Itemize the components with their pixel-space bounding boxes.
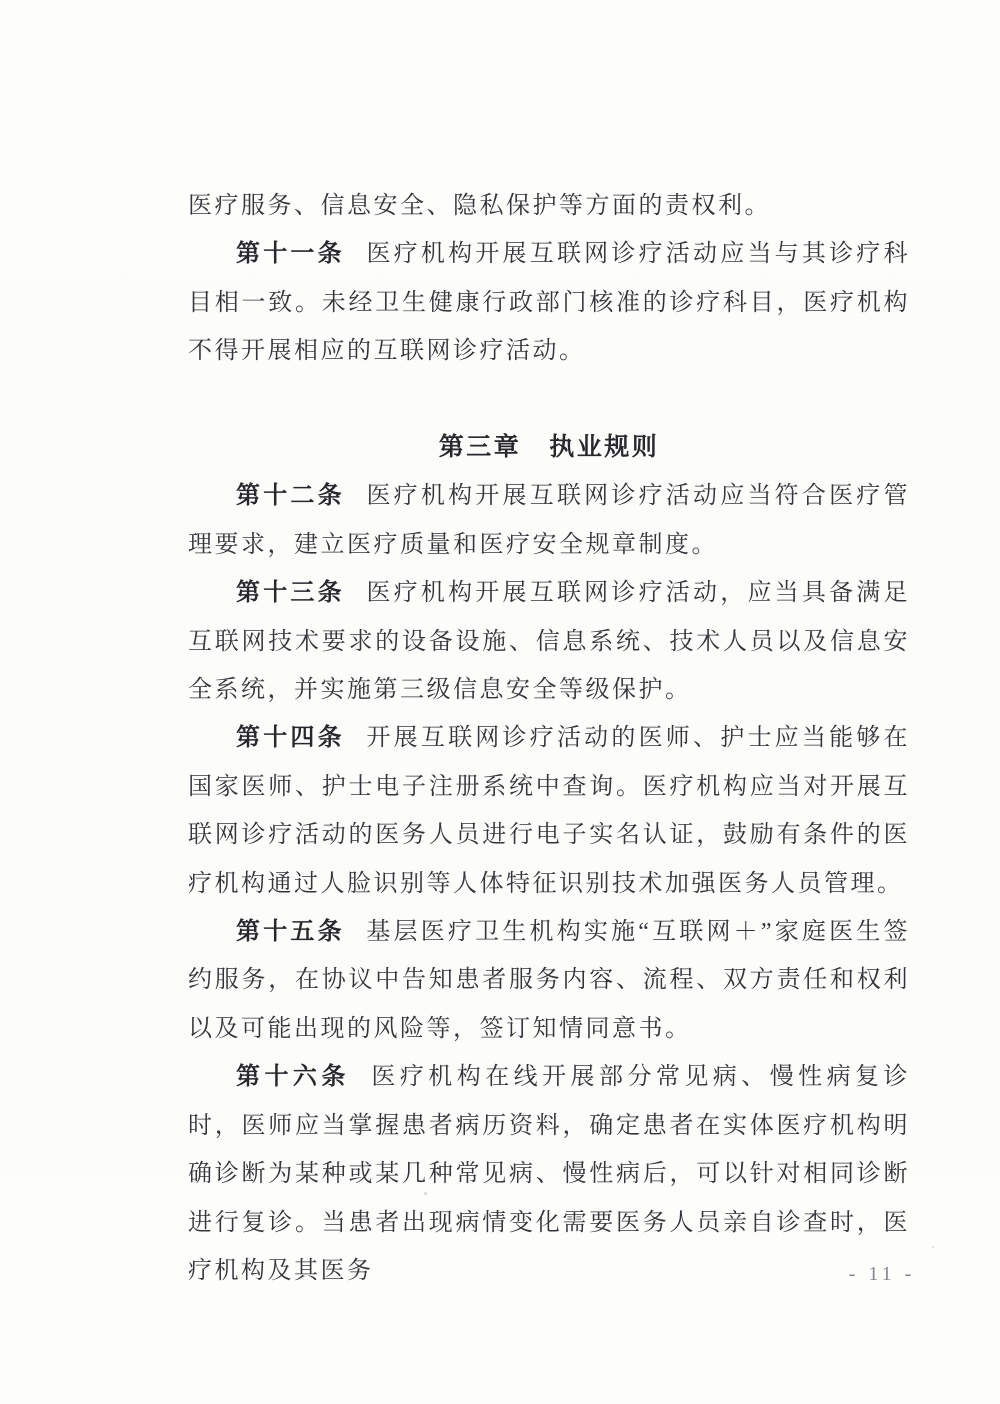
chapter-number: 第三章 [439, 434, 522, 461]
article-16-paragraph: 第十六条医疗机构在线开展部分常见病、慢性病复诊时，医师应当掌握患者病历资料，确定… [188, 1053, 910, 1295]
scanned-document-page: 医疗服务、信息安全、隐私保护等方面的责权利。 第十一条医疗机构开展互联网诊疗活动… [0, 0, 1000, 1404]
article-13-number: 第十三条 [236, 580, 345, 606]
article-16-number: 第十六条 [236, 1064, 350, 1090]
article-11-number: 第十一条 [236, 241, 345, 267]
article-16-text: 医疗机构在线开展部分常见病、慢性病复诊时，医师应当掌握患者病历资料，确定患者在实… [188, 1064, 910, 1284]
page-number: - 11 - [838, 1258, 926, 1290]
article-12-paragraph: 第十二条医疗机构开展互联网诊疗活动应当符合医疗管理要求，建立医疗质量和医疗安全规… [188, 472, 910, 569]
article-12-number: 第十二条 [236, 483, 345, 509]
document-body: 医疗服务、信息安全、隐私保护等方面的责权利。 第十一条医疗机构开展互联网诊疗活动… [188, 182, 910, 1295]
article-13-paragraph: 第十三条医疗机构开展互联网诊疗活动，应当具备满足互联网技术要求的设备设施、信息系… [188, 569, 910, 714]
article-15-paragraph: 第十五条基层医疗卫生机构实施“互联网＋”家庭医生签约服务，在协议中告知患者服务内… [188, 908, 910, 1053]
article-11-paragraph: 第十一条医疗机构开展互联网诊疗活动应当与其诊疗科目相一致。未经卫生健康行政部门核… [188, 230, 910, 375]
paragraph-continuation: 医疗服务、信息安全、隐私保护等方面的责权利。 [188, 182, 910, 230]
chapter-title: 执业规则 [549, 434, 659, 461]
article-14-paragraph: 第十四条开展互联网诊疗活动的医师、护士应当能够在国家医师、护士电子注册系统中查询… [188, 714, 910, 908]
scan-speck [424, 1192, 427, 1195]
article-15-number: 第十五条 [236, 919, 345, 945]
article-14-number: 第十四条 [236, 725, 345, 751]
scan-speck [932, 1246, 934, 1248]
article-14-text: 开展互联网诊疗活动的医师、护士应当能够在国家医师、护士电子注册系统中查询。医疗机… [188, 725, 910, 896]
chapter-heading: 第三章执业规则 [188, 424, 910, 472]
paragraph-continuation-text: 医疗服务、信息安全、隐私保护等方面的责权利。 [188, 193, 771, 219]
